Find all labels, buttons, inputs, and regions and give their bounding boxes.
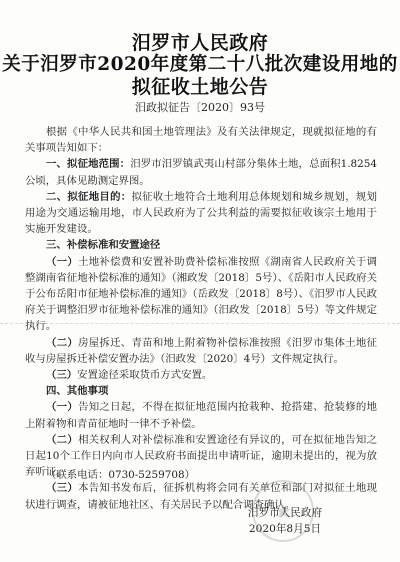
section-2-heading: 二、拟征地目的： [46,191,132,203]
item-number: （三） [46,369,77,381]
document-number: 汨政拟征告〔2020〕93号 [0,99,400,115]
section-3-item-3: （三）安置途径采取货币方式安置。 [25,367,377,383]
section-3-item-1: （一）土地补偿费和安置补助费补偿标准按照《湖南省人民政府关于调整湖南省征地补偿标… [25,254,377,335]
section-3-heading: 三、补偿标准和安置途径 [25,237,377,253]
contact-phone: （联系电话：0730-5259708） [46,466,195,481]
item-text: 告知之日起，不得在拟征地范围内抢栽种、抢搭建、抢装修的地上附着物和青苗征地时一律… [25,401,377,429]
item-number: （三） [46,482,78,494]
notice-page: 汨罗市人民政府 关于汨罗市2020年度第二十八批次建设用地的 拟征收土地公告 汨… [0,0,400,562]
title-line-1: 汨罗市人民政府 [0,32,400,54]
item-number: （一） [46,401,78,413]
item-text: 房屋拆迁、青苗和地上附着物补偿标准按照《汨罗市集体土地征收与房屋拆迁补偿安置办法… [25,337,377,365]
title-line-2: 关于汨罗市2020年度第二十八批次建设用地的 [0,54,400,76]
item-number: （二） [46,434,78,446]
section-3-item-2: （二）房屋拆迁、青苗和地上附着物补偿标准按照《汨罗市集体土地征收与房屋拆迁补偿安… [25,335,377,367]
item-number: （一） [46,256,78,268]
intro-paragraph: 根据《中华人民共和国土地管理法》及有关法律规定，现就拟征地的有关事项告知如下： [25,124,377,156]
section-1-heading: 一、拟征地范围： [46,158,130,170]
item-text: 安置途径采取货币方式安置。 [77,369,212,381]
signature-date: 2020年8月5日 [230,521,340,536]
notice-body: 根据《中华人民共和国土地管理法》及有关法律规定，现就拟征地的有关事项告知如下： … [25,124,377,513]
section-1: 一、拟征地范围：汨罗市汨罗镇武夷山村部分集体土地，总面积1.8254公顷，具体见… [25,156,377,188]
section-4-item-1: （一）告知之日起，不得在拟征地范围内抢栽种、抢搭建、抢装修的地上附着物和青苗征地… [25,399,377,431]
title-line-3: 拟征收土地公告 [0,76,400,98]
item-text: 土地补偿费和安置补助费补偿标准按照《湖南省人民政府关于调整湖南省征地补偿标准的通… [25,256,377,333]
item-number: （二） [46,337,78,349]
section-4-heading: 四、其他事项 [25,383,377,399]
signature-org: 汨罗市人民政府 [230,505,340,520]
section-2: 二、拟征地目的：拟征收土地符合土地利用总体规划和城乡规划，规划用途为交通运输用地… [25,189,377,238]
